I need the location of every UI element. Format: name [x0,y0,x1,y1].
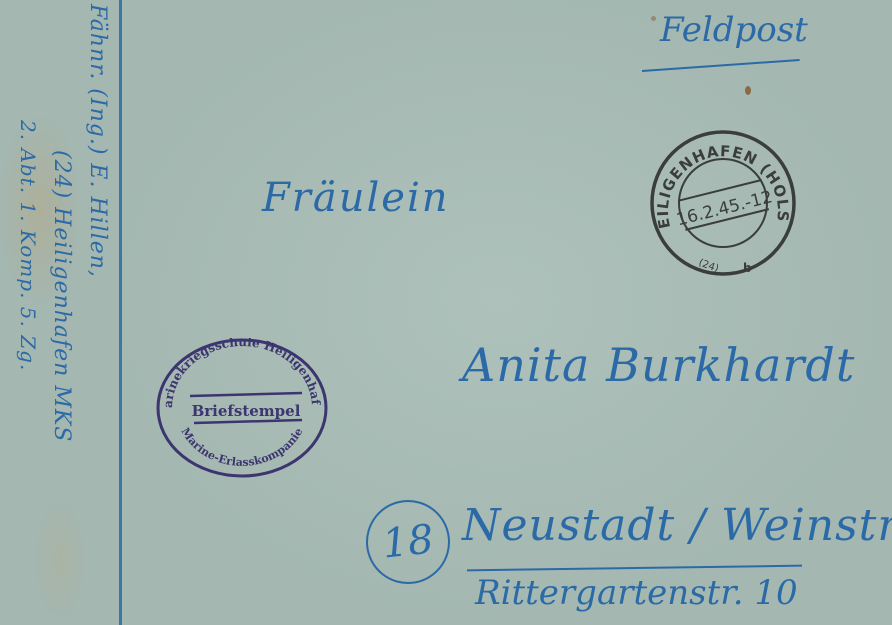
paper-stain [745,86,751,95]
sender-line-3: 2. Abt. 1. Komp. 5. Zg. [16,120,40,371]
stamp-bottom-text: Marine-Erlasskompanie [178,425,305,468]
recipient-street: Rittergartenstr. 10 [475,573,798,613]
postmark: HEILIGENHAFEN (HOLST) 16.2.45.-12 (24) b [648,128,798,278]
stamp-top-text: Marinekriegsschule Heiligenhafen [156,338,323,408]
briefstempel-stamp: Marinekriegsschule Heiligenhafen Marine-… [156,338,328,478]
recipient-salutation: Fräulein [262,175,450,221]
postmark-letter: b [743,261,752,275]
sender-address: Fähnr. (Ing.) E. Hillen, (24) Heiligenha… [12,0,112,625]
feldpost-label: Feldpost [660,10,808,50]
recipient-city: Neustadt / Weinstr. [462,500,892,551]
recipient-name: Anita Burkhardt [462,338,855,392]
margin-rule [119,0,122,625]
stamp-center-text: Briefstempel [192,402,301,420]
postmark-date: 16.2.45.-12 [674,187,774,230]
sender-line-2: (24) Heiligenhafen MKS [49,150,74,442]
paper-stain [651,16,656,21]
sender-line-1: Fähnr. (Ing.) E. Hillen, [85,4,110,278]
svg-text:Marinekriegsschule Heiligenhaf: Marinekriegsschule Heiligenhafen [156,338,323,408]
svg-text:Marine-Erlasskompanie: Marine-Erlasskompanie [178,425,305,468]
